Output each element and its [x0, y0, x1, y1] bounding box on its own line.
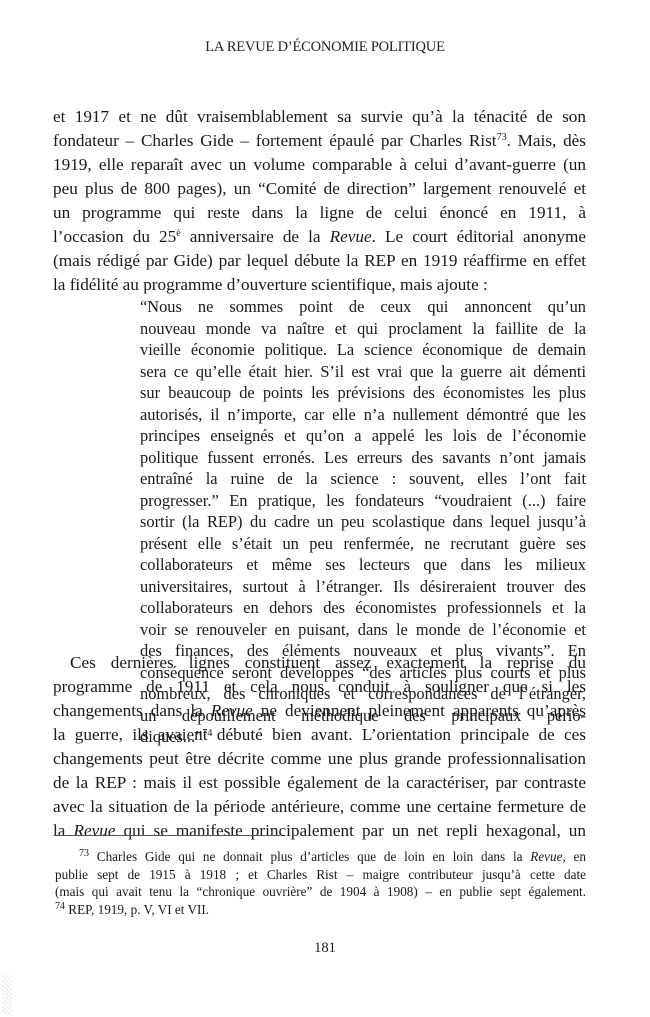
- text-line: de la REP : mais il est possible égaleme…: [53, 771, 586, 795]
- text-line: changements dans la Revue ne deviennent …: [53, 699, 586, 723]
- footnote-line: publie sept de 1915 à 1918 ; et Charles …: [55, 866, 586, 884]
- text-line: fondateur – Charles Gide – fortement épa…: [53, 129, 586, 153]
- quote-line: sur beaucoup de points les prévisions de…: [140, 382, 586, 404]
- footnote-ref-73[interactable]: 73: [497, 132, 507, 143]
- journal-title: Revue: [73, 821, 115, 840]
- quote-line: politique fussent erronés. Les erreurs d…: [140, 447, 586, 469]
- quote-line: sortir (la REP) du cadre un peu scolasti…: [140, 511, 586, 533]
- text-line: la Revue qui se manifeste principalement…: [53, 819, 586, 843]
- footnote-number: 73: [79, 848, 89, 859]
- footnote-74: 74 REP, 1919, p. V, VI et VII.: [55, 901, 562, 919]
- quote-line: sera ce qu’elle était hier. S’il est vra…: [140, 361, 586, 383]
- quote-line: progresser.” En pratique, les fondateurs…: [140, 490, 586, 512]
- quote-line: principes enseignés et qu’on a appelé le…: [140, 425, 586, 447]
- quote-line: voir se renouveler en puisant, dans le m…: [140, 619, 586, 641]
- text-line: peu plus de 800 pages), un “Comité de di…: [53, 177, 586, 201]
- quote-line: autorisés, il n’importe, car elle n’a nu…: [140, 404, 586, 426]
- text-line: programme de 1911 et cela nous conduit à…: [53, 675, 586, 699]
- quote-line: vieille économie politique. La science é…: [140, 339, 586, 361]
- footnote-line: (mais qui avait tenu la “chronique ouvri…: [55, 883, 586, 901]
- quote-line: entraîné la ruine de la science : souven…: [140, 468, 586, 490]
- text-line: 1919, elle reparaît avec un volume compa…: [53, 153, 586, 177]
- quote-line: collaborateurs et même ses lecteurs que …: [140, 554, 586, 576]
- journal-title: Revue: [330, 227, 372, 246]
- footnote-separator: [55, 835, 280, 836]
- quote-line: collaborateurs en dehors des économistes…: [140, 597, 586, 619]
- text-line: l’occasion du 25è anniversaire de la Rev…: [53, 225, 586, 249]
- running-head: LA REVUE D’ÉCONOMIE POLITIQUE: [0, 39, 650, 56]
- text-line: avec la situation de la période antérieu…: [53, 795, 586, 819]
- quote-line: nouveau monde va naître et qui proclamen…: [140, 318, 586, 340]
- text-line: Ces dernières lignes constituent assez e…: [70, 651, 586, 675]
- quote-line: présent elle s’était un peu renfermée, n…: [140, 533, 586, 555]
- scan-artifact: [2, 975, 12, 1015]
- text-line: la guerre, ils avaient débuté bien avant…: [53, 723, 586, 747]
- text-line: un programme qui reste dans la ligne de …: [53, 201, 586, 225]
- journal-title: Revue: [211, 701, 253, 720]
- page-number: 181: [0, 940, 650, 957]
- quote-line: “Nous ne sommes point de ceux qui annonc…: [140, 296, 586, 318]
- footnote-number: 74: [55, 901, 65, 912]
- text-line: la fidélité au programme d’ouverture sci…: [53, 273, 586, 297]
- quote-line: universitaires, surtout à l’étranger. Il…: [140, 576, 586, 598]
- text-line: changements peut être décrite comme une …: [53, 747, 586, 771]
- text-line: et 1917 et ne dût vraisemblablement sa s…: [53, 105, 586, 129]
- footnote-73: 73 Charles Gide qui ne donnait plus d’ar…: [79, 848, 586, 866]
- text-line: (mais rédigé par Gide) par lequel débute…: [53, 249, 586, 273]
